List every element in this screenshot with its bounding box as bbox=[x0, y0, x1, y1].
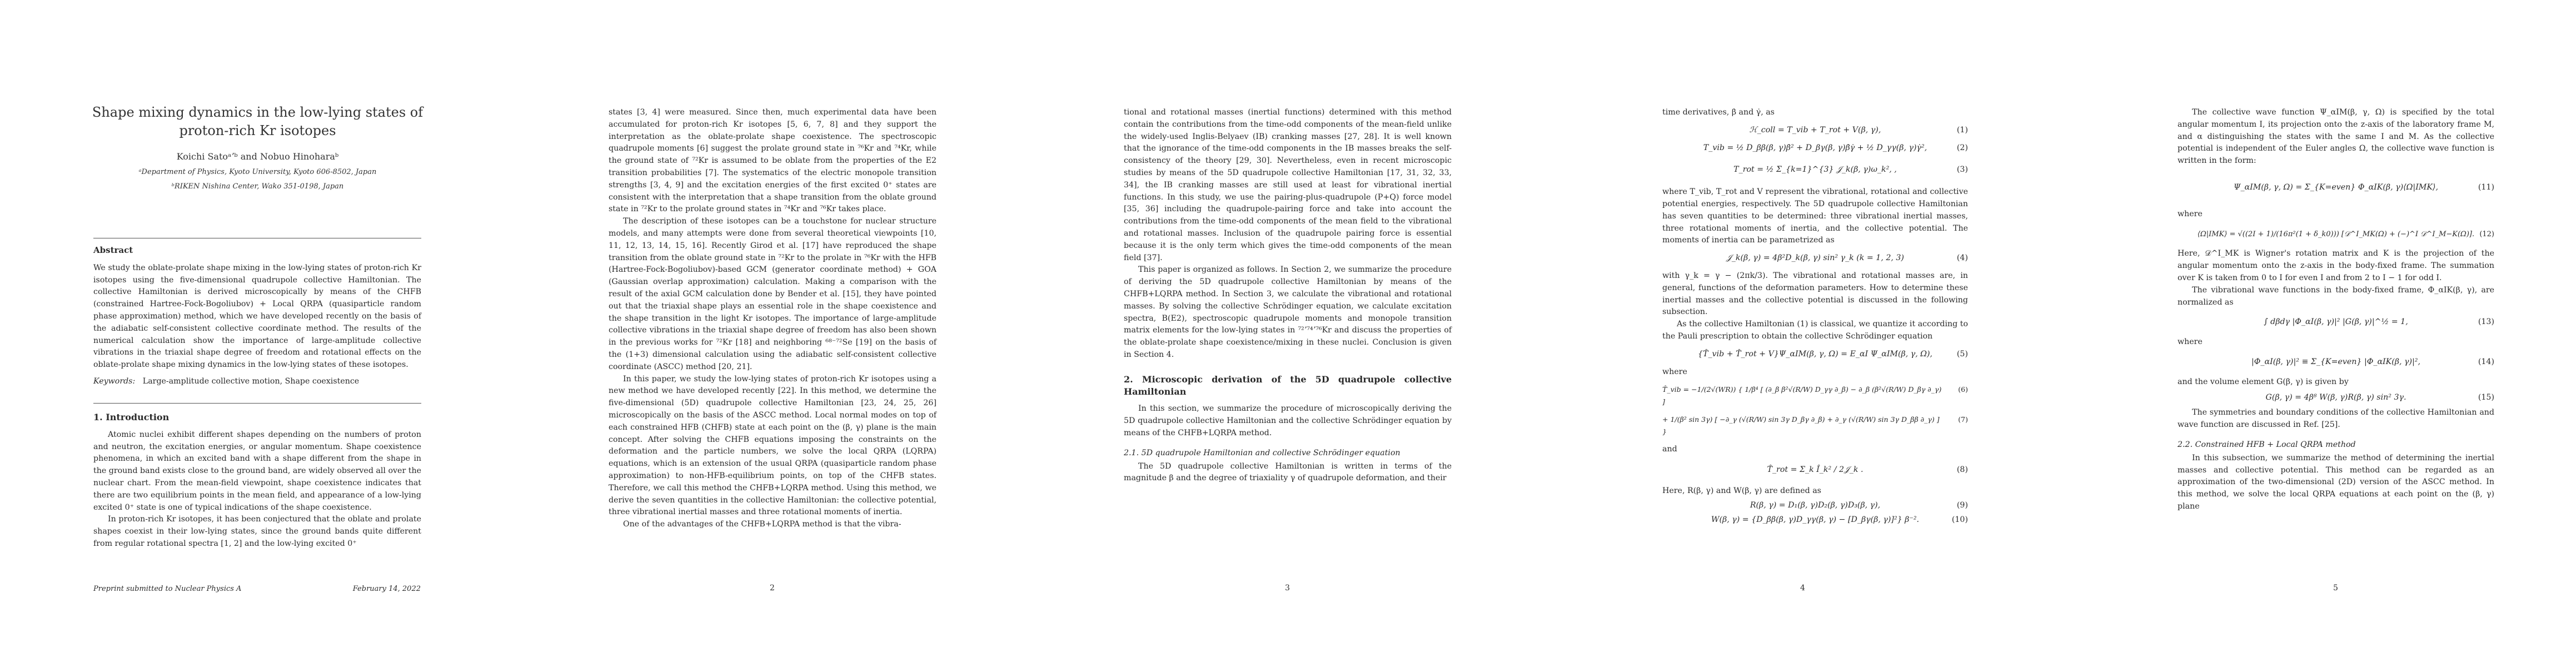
page-4-body: time derivatives, β̇ and γ̇, as ℋ_coll =… bbox=[1662, 107, 1968, 527]
equation-12: ⟨Ω|IMK⟩ = √((2I + 1)/(16π²(1 + δ_k0))) [… bbox=[2178, 228, 2494, 241]
abstract-heading: Abstract bbox=[93, 245, 421, 257]
paragraph: Here, 𝒟^I_MK is Wigner's rotation matrix… bbox=[2178, 248, 2494, 284]
equation-expr: ℋ_coll = T_vib + T_rot + V(β, γ), bbox=[1750, 126, 1881, 135]
equation-expr: ⟨Ω|IMK⟩ = √((2I + 1)/(16π²(1 + δ_k0))) [… bbox=[2198, 230, 2474, 238]
authors: Koichi Satoᵃʼᵇ and Nobuo Hinoharaᵇ bbox=[0, 151, 515, 162]
equation-14: |Φ_αI(β, γ)|² ≡ Σ_{K=even} |Φ_αIK(β, γ)|… bbox=[2178, 356, 2494, 369]
equation-number: (3) bbox=[1957, 164, 1968, 176]
paragraph: In this subsection, we summarize the met… bbox=[2178, 452, 2494, 513]
equation-5: {T̂_vib + T̂_rot + V}Ψ_αIM(β, γ, Ω) = E_… bbox=[1662, 349, 1968, 361]
equation-number: (14) bbox=[2478, 356, 2494, 369]
equation-number: (7) bbox=[1958, 414, 1968, 426]
equation-number: (1) bbox=[1957, 125, 1968, 137]
equation-expr: {T̂_vib + T̂_rot + V}Ψ_αIM(β, γ, Ω) = E_… bbox=[1698, 350, 1932, 359]
footer-date: February 14, 2022 bbox=[353, 585, 421, 593]
abstract-top-rule bbox=[93, 238, 421, 238]
paragraph: As the collective Hamiltonian (1) is cla… bbox=[1662, 318, 1968, 343]
paragraph: The symmetries and boundary conditions o… bbox=[2178, 407, 2494, 431]
paragraph: where bbox=[2178, 208, 2494, 221]
affiliation-b: ᵇRIKEN Nishina Center, Wako 351-0198, Ja… bbox=[0, 182, 515, 191]
equation-number: (5) bbox=[1957, 349, 1968, 361]
page-number: 5 bbox=[2333, 584, 2338, 593]
keywords: Keywords: Large-amplitude collective mot… bbox=[93, 376, 421, 388]
paragraph: Atomic nuclei exhibit different shapes d… bbox=[93, 429, 421, 514]
equation-expr: ∫ dβdγ |Φ_αI(β, γ)|² |G(β, γ)|^½ = 1, bbox=[2264, 317, 2408, 326]
paragraph: where T_vib, T_rot and V represent the v… bbox=[1662, 186, 1968, 247]
page-5-body: The collective wave function Ψ_αIM(β, γ,… bbox=[2178, 107, 2494, 513]
paragraph: tional and rotational masses (inertial f… bbox=[1124, 107, 1452, 264]
page-5: The collective wave function Ψ_αIM(β, γ,… bbox=[2061, 0, 2576, 667]
affiliation-a: ᵃDepartment of Physics, Kyoto University… bbox=[0, 168, 515, 176]
equation-expr: Ψ_αIM(β, γ, Ω) = Σ_{K=even} Φ_αIK(β, γ)⟨… bbox=[2234, 183, 2438, 192]
section-heading-intro: 1. Introduction bbox=[93, 411, 421, 424]
subsection-heading-2-2: 2.2. Constrained HFB + Local QRPA method bbox=[2178, 439, 2494, 451]
equation-expr: R(β, γ) = D₁(β, γ)D₂(β, γ)D₃(β, γ), bbox=[1750, 501, 1880, 510]
paper-title: Shape mixing dynamics in the low-lying s… bbox=[0, 103, 515, 140]
equation-13: ∫ dβdγ |Φ_αI(β, γ)|² |G(β, γ)|^½ = 1,(13… bbox=[2178, 316, 2494, 328]
page-number: 4 bbox=[1800, 584, 1805, 593]
page-3-body: tional and rotational masses (inertial f… bbox=[1124, 107, 1452, 485]
equation-number: (6) bbox=[1958, 384, 1968, 396]
page-1: Shape mixing dynamics in the low-lying s… bbox=[0, 0, 515, 667]
title-line-1: Shape mixing dynamics in the low-lying s… bbox=[0, 103, 515, 122]
page-number: 3 bbox=[1285, 584, 1290, 593]
paragraph: and the volume element G(β, γ) is given … bbox=[2178, 376, 2494, 389]
paragraph: states [3, 4] were measured. Since then,… bbox=[609, 107, 936, 216]
equation-11: Ψ_αIM(β, γ, Ω) = Σ_{K=even} Φ_αIK(β, γ)⟨… bbox=[2178, 182, 2494, 194]
abstract-bottom-rule bbox=[93, 403, 421, 404]
paragraph: In proton-rich Kr isotopes, it has been … bbox=[93, 514, 421, 550]
equation-number: (4) bbox=[1957, 252, 1968, 265]
intro-block: 1. Introduction Atomic nuclei exhibit di… bbox=[93, 411, 421, 550]
equation-10: W(β, γ) = {D_ββ(β, γ)D_γγ(β, γ) − [D_βγ(… bbox=[1662, 514, 1968, 526]
paragraph: where bbox=[1662, 366, 1968, 379]
equation-expr: W(β, γ) = {D_ββ(β, γ)D_γγ(β, γ) − [D_βγ(… bbox=[1711, 515, 1919, 524]
equation-expr: T_vib = ½ D_ββ(β, γ)β̇² + D_βγ(β, γ)β̇γ̇… bbox=[1703, 143, 1927, 152]
equation-number: (13) bbox=[2478, 316, 2494, 328]
equation-expr: + 1/(β² sin 3γ) [ −∂_γ (√(R/W) sin 3γ D_… bbox=[1662, 415, 1940, 436]
footer-journal: Preprint submitted to Nuclear Physics A bbox=[93, 585, 241, 593]
equation-4: 𝒥_k(β, γ) = 4β²D_k(β, γ) sin² γ_k (k = 1… bbox=[1662, 252, 1968, 265]
paragraph: where bbox=[2178, 336, 2494, 349]
paragraph: This paper is organized as follows. In S… bbox=[1124, 264, 1452, 361]
equation-8: T̂_rot = Σ_k Î_k² / 2𝒥_k .(8) bbox=[1662, 464, 1968, 476]
paragraph: The vibrational wave functions in the bo… bbox=[2178, 285, 2494, 309]
abstract-text: We study the oblate-prolate shape mixing… bbox=[93, 262, 421, 371]
paragraph: with γ_k = γ − (2πk/3). The vibrational … bbox=[1662, 270, 1968, 318]
section-heading-2: 2. Microscopic derivation of the 5D quad… bbox=[1124, 374, 1452, 398]
equation-expr: T_rot = ½ Σ_{k=1}^{3} 𝒥_k(β, γ)ω_k², , bbox=[1733, 165, 1897, 174]
paragraph: and bbox=[1662, 444, 1968, 456]
paragraph: The description of these isotopes can be… bbox=[609, 216, 936, 373]
equation-number: (12) bbox=[2479, 228, 2494, 241]
equation-7: + 1/(β² sin 3γ) [ −∂_γ (√(R/W) sin 3γ D_… bbox=[1662, 414, 1968, 438]
equation-number: (10) bbox=[1952, 514, 1968, 526]
keywords-label: Keywords: bbox=[93, 377, 135, 386]
paragraph: One of the advantages of the CHFB+LQRPA … bbox=[609, 519, 936, 531]
paragraph: In this section, we summarize the proced… bbox=[1124, 403, 1452, 439]
equation-expr: T̂_rot = Σ_k Î_k² / 2𝒥_k . bbox=[1767, 465, 1863, 474]
equation-expr: |Φ_αI(β, γ)|² ≡ Σ_{K=even} |Φ_αIK(β, γ)|… bbox=[2251, 357, 2420, 366]
page-3: tional and rotational masses (inertial f… bbox=[1030, 0, 1546, 667]
equation-number: (2) bbox=[1957, 142, 1968, 155]
equation-2: T_vib = ½ D_ββ(β, γ)β̇² + D_βγ(β, γ)β̇γ̇… bbox=[1662, 142, 1968, 155]
keywords-text: Large-amplitude collective motion, Shape… bbox=[143, 377, 359, 386]
equation-9: R(β, γ) = D₁(β, γ)D₂(β, γ)D₃(β, γ),(9) bbox=[1662, 500, 1968, 512]
paragraph: The 5D quadrupole collective Hamiltonian… bbox=[1124, 461, 1452, 485]
paragraph: Here, R(β, γ) and W(β, γ) are defined as bbox=[1662, 485, 1968, 497]
equation-expr: T̂_vib = −1/(2√(WR)) { 1/β⁴ [ (∂_β β²√(R… bbox=[1662, 385, 1941, 406]
equation-6: T̂_vib = −1/(2√(WR)) { 1/β⁴ [ (∂_β β²√(R… bbox=[1662, 384, 1968, 408]
equation-expr: G(β, γ) = 4β⁸ W(β, γ)R(β, γ) sin² 3γ. bbox=[2266, 393, 2406, 402]
page-4: time derivatives, β̇ and γ̇, as ℋ_coll =… bbox=[1546, 0, 2061, 667]
equation-15: G(β, γ) = 4β⁸ W(β, γ)R(β, γ) sin² 3γ.(15… bbox=[2178, 392, 2494, 404]
equation-1: ℋ_coll = T_vib + T_rot + V(β, γ),(1) bbox=[1662, 125, 1968, 137]
equation-number: (9) bbox=[1957, 500, 1968, 512]
equation-number: (8) bbox=[1957, 464, 1968, 476]
paragraph: In this paper, we study the low-lying st… bbox=[609, 374, 936, 519]
page-2: states [3, 4] were measured. Since then,… bbox=[515, 0, 1030, 667]
title-line-2: proton-rich Kr isotopes bbox=[0, 122, 515, 140]
equation-number: (15) bbox=[2478, 392, 2494, 404]
equation-number: (11) bbox=[2478, 182, 2494, 194]
paragraph: The collective wave function Ψ_αIM(β, γ,… bbox=[2178, 107, 2494, 167]
equation-3: T_rot = ½ Σ_{k=1}^{3} 𝒥_k(β, γ)ω_k², ,(3… bbox=[1662, 164, 1968, 176]
equation-expr: 𝒥_k(β, γ) = 4β²D_k(β, γ) sin² γ_k (k = 1… bbox=[1726, 253, 1904, 262]
abstract-block: Abstract We study the oblate-prolate sha… bbox=[93, 245, 421, 388]
page-2-body: states [3, 4] were measured. Since then,… bbox=[609, 107, 936, 531]
subsection-heading-2-1: 2.1. 5D quadrupole Hamiltonian and colle… bbox=[1124, 447, 1452, 460]
page-number: 2 bbox=[770, 584, 775, 593]
paragraph: time derivatives, β̇ and γ̇, as bbox=[1662, 107, 1968, 119]
